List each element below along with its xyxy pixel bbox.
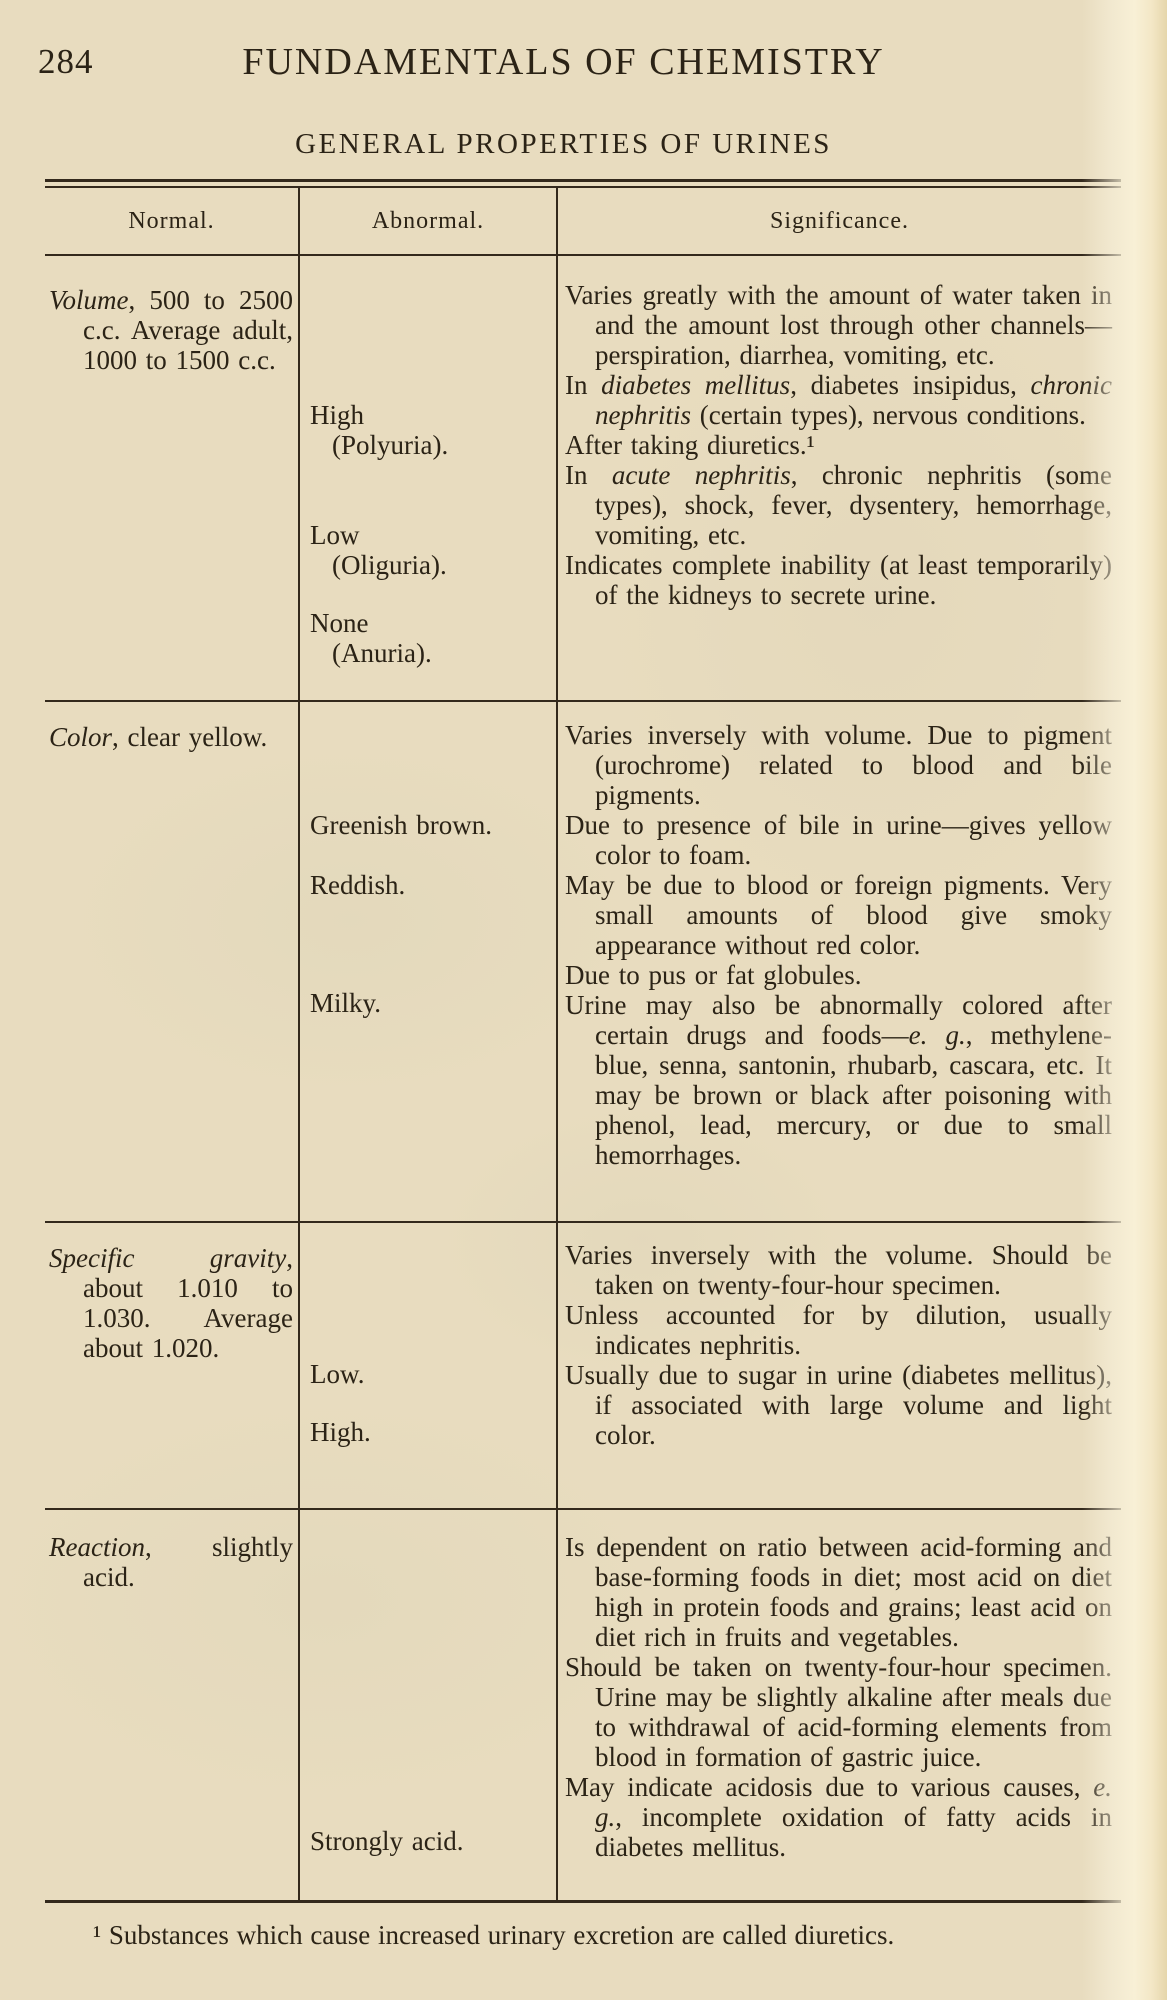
abnormal-item: Milky. <box>310 988 550 1018</box>
significance-paragraph: Should be taken on twenty-four-hour spec… <box>565 1652 1112 1772</box>
abnormal-cell: Low. High. <box>300 1223 558 1508</box>
abnormal-item: Strongly acid. <box>310 1826 550 1856</box>
table-header-row: Normal. Abnormal. Significance. <box>45 188 1121 256</box>
normal-cell: Volume, 500 to 2500 c.c. Average adult, … <box>45 256 300 700</box>
running-head-title: FUNDAMENTALS OF CHEMISTRY <box>0 40 1127 84</box>
normal-text: Reaction, slightly acid. <box>49 1532 293 1592</box>
normal-cell: Color, clear yellow. <box>45 702 300 1221</box>
table-row-specific-gravity: Specific gravity, about 1.010 to 1.030. … <box>45 1223 1121 1510</box>
significance-paragraph: Usually due to sugar in urine (diabetes … <box>565 1360 1112 1450</box>
table-title: GENERAL PROPERTIES OF URINES <box>0 128 1127 161</box>
column-header-significance: Significance. <box>558 188 1121 254</box>
normal-text: Color, clear yellow. <box>49 722 293 752</box>
significance-paragraph: May be due to blood or foreign pigments.… <box>565 870 1112 960</box>
table-row-volume: Volume, 500 to 2500 c.c. Average adult, … <box>45 256 1121 702</box>
significance-paragraph: May indicate acidosis due to various cau… <box>565 1772 1112 1862</box>
abnormal-item: Greenish brown. <box>310 810 550 840</box>
normal-cell: Specific gravity, about 1.010 to 1.030. … <box>45 1223 300 1508</box>
significance-paragraph: Unless accounted for by dilution, usuall… <box>565 1300 1112 1360</box>
significance-cell: Varies inversely with the volume. Should… <box>558 1223 1121 1508</box>
abnormal-item: None (Anuria). <box>310 608 550 668</box>
table-row-reaction: Reaction, slightly acid. Strongly acid. … <box>45 1510 1121 1903</box>
abnormal-item: High. <box>310 1417 550 1447</box>
column-header-normal: Normal. <box>45 188 300 254</box>
abnormal-cell: Greenish brown. Reddish. Milky. <box>300 702 558 1221</box>
table-top-double-rule <box>45 179 1121 188</box>
table-row-color: Color, clear yellow. Greenish brown. Red… <box>45 702 1121 1223</box>
significance-cell: Is dependent on ratio between acid-formi… <box>558 1510 1121 1900</box>
significance-cell: Varies inversely with volume. Due to pig… <box>558 702 1121 1221</box>
significance-paragraph: Indicates complete inability (at least t… <box>565 550 1112 610</box>
normal-text: Volume, 500 to 2500 c.c. Average adult, … <box>49 285 293 375</box>
normal-text: Specific gravity, about 1.010 to 1.030. … <box>49 1243 293 1363</box>
significance-paragraph: Due to presence of bile in urine—gives y… <box>565 810 1112 870</box>
significance-paragraph: After taking diuretics.¹ <box>565 430 1112 460</box>
significance-paragraph: Urine may also be abnormally colored aft… <box>565 990 1112 1170</box>
significance-paragraph: In diabetes mellitus, diabetes insipidus… <box>565 370 1112 430</box>
significance-paragraph: Varies inversely with volume. Due to pig… <box>565 720 1112 810</box>
normal-cell: Reaction, slightly acid. <box>45 1510 300 1900</box>
abnormal-item: High (Polyuria). <box>310 400 550 460</box>
scanned-book-page: 284 FUNDAMENTALS OF CHEMISTRY GENERAL PR… <box>0 0 1167 2000</box>
footnote: ¹ Substances which cause increased urina… <box>45 1920 1121 1951</box>
abnormal-item: Low (Oliguria). <box>310 520 550 580</box>
abnormal-item: Reddish. <box>310 870 550 900</box>
column-header-abnormal: Abnormal. <box>300 188 558 254</box>
urine-properties-table: Normal. Abnormal. Significance. Volume, … <box>45 179 1121 1903</box>
significance-cell: Varies greatly with the amount of water … <box>558 256 1121 700</box>
significance-paragraph: Is dependent on ratio between acid-formi… <box>565 1532 1112 1652</box>
abnormal-cell: Strongly acid. <box>300 1510 558 1900</box>
significance-paragraph: Varies greatly with the amount of water … <box>565 280 1112 370</box>
abnormal-item: Low. <box>310 1359 550 1389</box>
significance-paragraph: Due to pus or fat globules. <box>565 960 1112 990</box>
abnormal-cell: High (Polyuria). Low (Oliguria). None (A… <box>300 256 558 700</box>
significance-paragraph: Varies inversely with the volume. Should… <box>565 1240 1112 1300</box>
significance-paragraph: In acute nephritis, chronic nephritis (s… <box>565 460 1112 550</box>
